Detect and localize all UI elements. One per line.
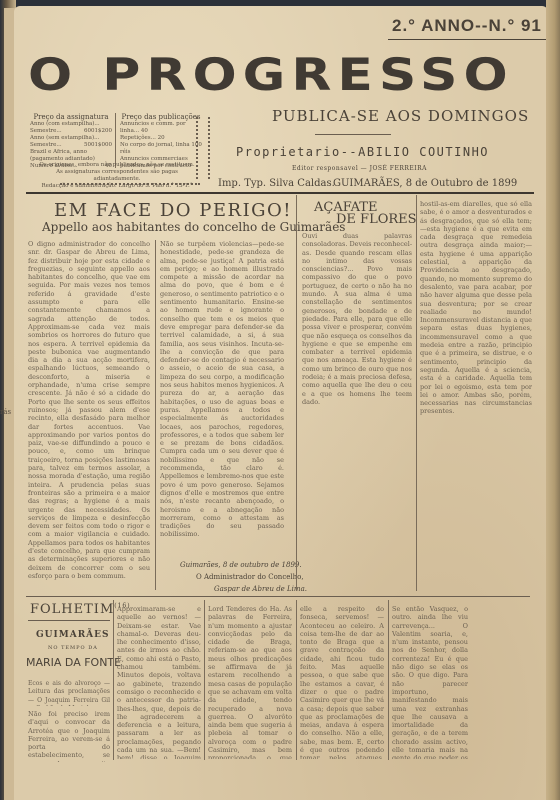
- column-divider: [416, 195, 417, 591]
- lead-headline: EM FACE DO PERIGO!: [54, 200, 292, 221]
- editor-line: Editor responsavel — JOSÉ FERREIRA: [292, 165, 427, 172]
- column-divider: [204, 600, 205, 760]
- proprietor-line: Proprietario--ABILIO COUTINHO: [236, 145, 489, 159]
- price-box-divider: [115, 113, 116, 168]
- folhetim-col2: Approximaram-se e aquelle ao vernos! —De…: [117, 605, 201, 759]
- folhetim-col5: Se então Vasquez, o outro. ainda lhe viu…: [392, 605, 468, 759]
- dateline: GUIMARÃES, 8 de Outubro de 1899: [333, 178, 517, 189]
- subscription-row: Brazil e Africa, anno (pagamento adianta…: [30, 149, 112, 163]
- signature-title: O Administrador do Concelho,: [196, 573, 304, 581]
- publications-row: No corpo do jornal, linha 100 réis: [120, 142, 202, 156]
- column-divider: [388, 600, 389, 760]
- subscription-row: Anno (sem estampilha)... 1$000: [30, 135, 112, 142]
- folhetim-col4: elle a respeito do fonseca, servemos! —A…: [300, 605, 384, 759]
- side-article-col1: Ouvi duas palavras consoladoras. Deveis …: [302, 232, 412, 592]
- folhetim-col1: Não foi preciso irem d'aqui o convocar d…: [28, 710, 110, 762]
- previous-page-fragment: rás: [0, 408, 11, 416]
- masthead-title: O PROGRESSO: [28, 50, 514, 101]
- folhetim-summary: Ecos e ais do alvoroço — Leitura das pro…: [28, 680, 110, 706]
- header-divider: [315, 134, 391, 135]
- signature-place: Guimarães, 8 de outubro de 1899.: [180, 561, 302, 569]
- printer-line: Imp. Typ. Silva Caldas.: [218, 178, 335, 189]
- signature-name: Gaspar de Abreu de Lima.: [214, 585, 307, 593]
- publication-frequency: PUBLICA-SE AOS DOMINGOS: [272, 107, 529, 125]
- lead-article-col2: Não se turpêem violencias—pede-se honest…: [160, 240, 284, 552]
- publication-notes: Os originaes, embora não publicados, não…: [32, 162, 202, 190]
- ornament-vertical: [196, 117, 210, 179]
- subscription-row: Anno (com estampilha)... 1$200: [30, 121, 112, 128]
- column-divider: [296, 195, 297, 591]
- column-divider: [296, 600, 297, 760]
- side-article-col2: hostil-as-em diarelles, que só ella sabe…: [420, 200, 532, 592]
- folhetim-era: NO TEMPO DA: [48, 645, 98, 651]
- publications-row: Annuncios e comm. por linha... 40: [120, 121, 202, 135]
- ornament-horizontal: [60, 183, 200, 185]
- page-stack-edge: [546, 0, 560, 800]
- folhetim-rule: [28, 620, 110, 621]
- folhetim-col3: Lord Tenderes do Ha. As palavras de Ferr…: [208, 605, 292, 759]
- publications-box-title: Preço das publicações: [120, 113, 202, 121]
- folhetim-top-rule: [26, 596, 530, 597]
- issue-number: 2.° ANNO--N.° 91: [388, 16, 546, 40]
- lead-article-col1: O digno administrador do concelho snr. d…: [28, 240, 150, 594]
- subscription-box-title: Preço da assignatura: [30, 113, 112, 121]
- lead-subheadline: Appello aos habitantes do concelho de Gu…: [42, 220, 345, 234]
- folhetim-label: FOLHETIM(16): [30, 602, 131, 617]
- publications-price-box: Preço das publicações Annuncios e comm. …: [120, 113, 202, 169]
- side-headline-line2: DE FLORES: [336, 212, 417, 227]
- publications-row: Repetições... 20: [120, 135, 202, 142]
- folhetim-title: MARIA DA FONTE: [26, 656, 121, 669]
- folhetim-place: GUIMARÃES: [36, 630, 110, 640]
- header-bottom-rule: [26, 192, 534, 194]
- column-divider: [155, 240, 156, 590]
- column-divider: [113, 600, 114, 760]
